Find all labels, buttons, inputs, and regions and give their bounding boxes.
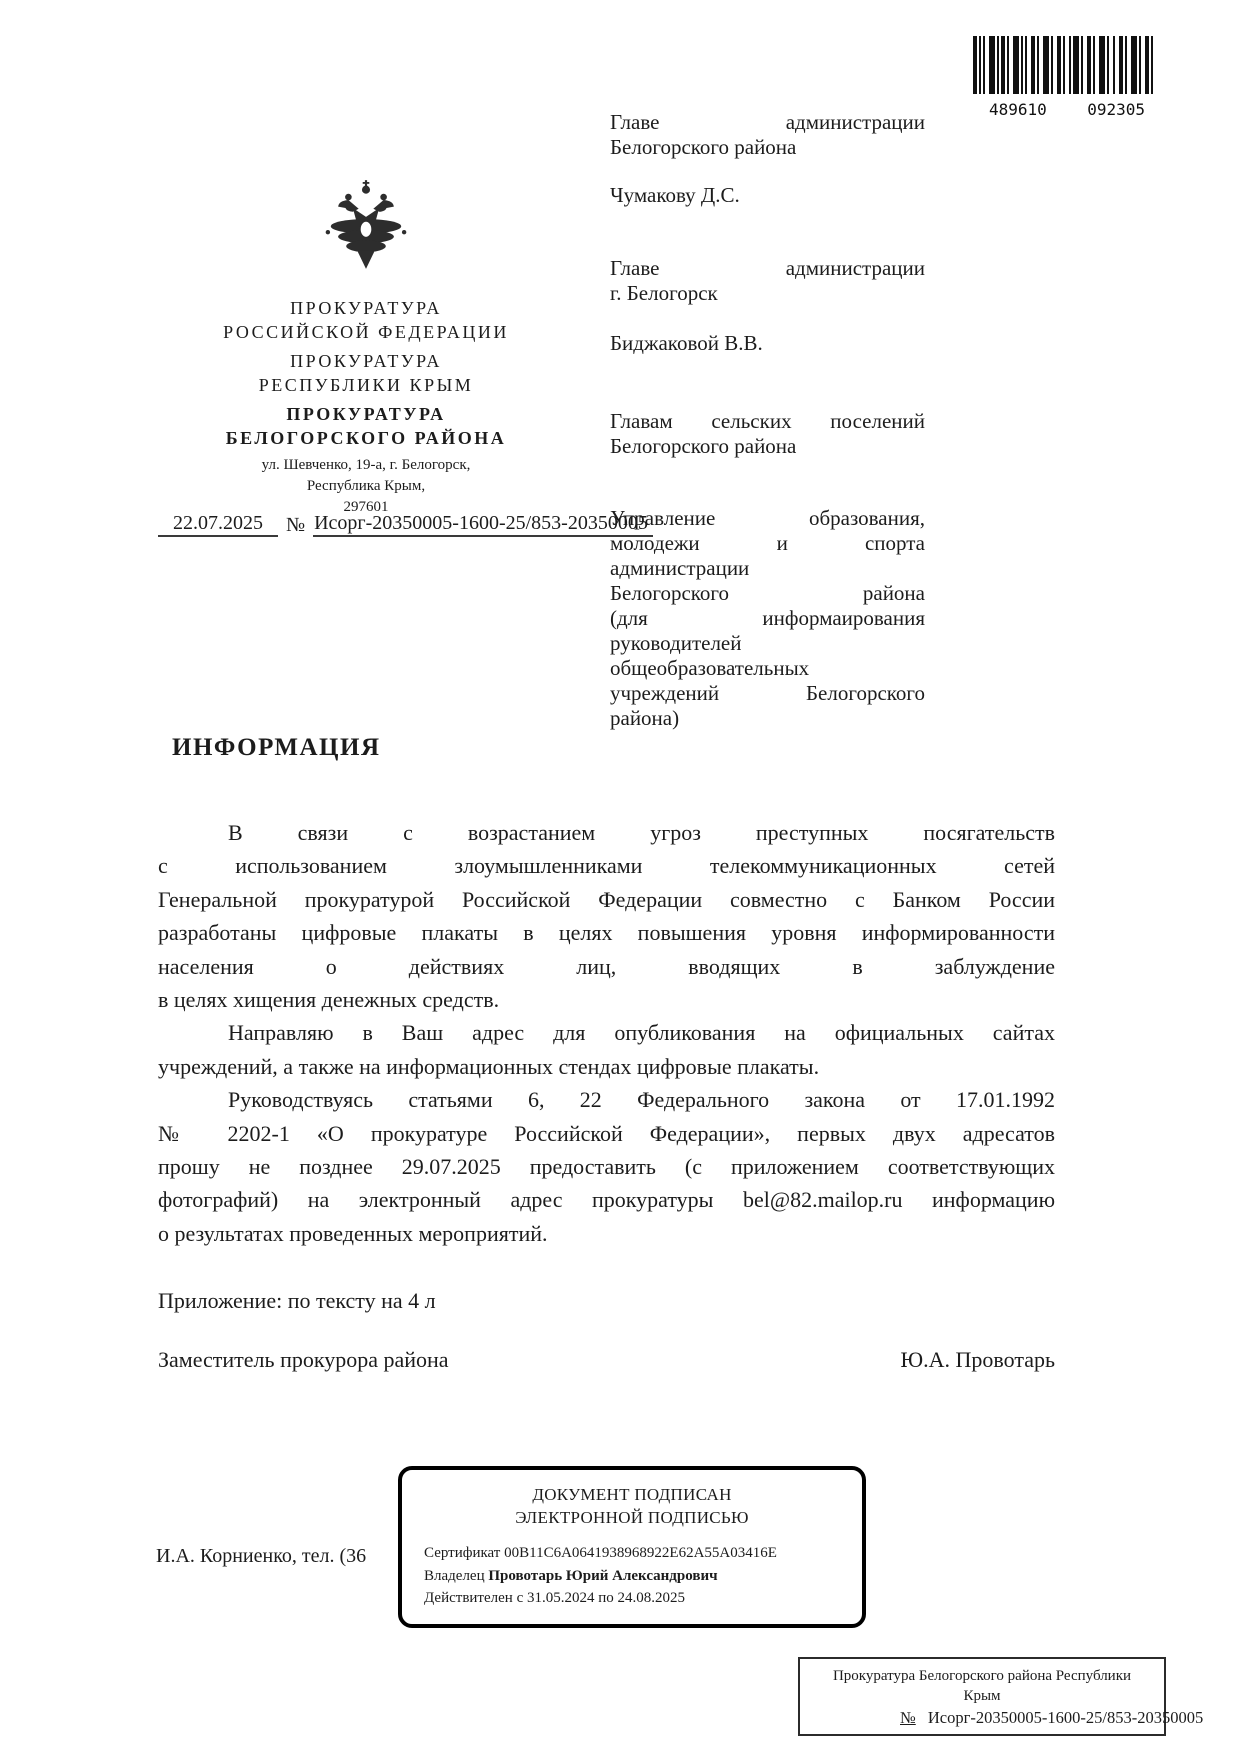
letterhead: ПРОКУРАТУРА РОССИЙСКОЙ ФЕДЕРАЦИИ ПРОКУРА… <box>162 178 570 518</box>
validity-value: с 31.05.2024 по 24.08.2025 <box>517 1590 685 1606</box>
recipient-block-city-head: Главе администрации г. Белогорск <box>610 256 925 306</box>
signature-row: Заместитель прокурора района Ю.А. Провот… <box>158 1347 1055 1373</box>
recipient-line: руководителей <box>610 631 925 656</box>
recipient-line: г. Белогорск <box>610 281 925 306</box>
owner-name: Провотарь Юрий Александрович <box>488 1568 717 1584</box>
body-line: учреждений, а также на информационных ст… <box>158 1050 1055 1083</box>
recipient-line: учреждений Белогорского <box>610 681 925 706</box>
org-line: ПРОКУРАТУРА <box>162 349 570 373</box>
recipient-line: Главам сельских поселений <box>610 409 925 434</box>
e-signature-stamp: ДОКУМЕНТ ПОДПИСАН ЭЛЕКТРОННОЙ ПОДПИСЬЮ С… <box>398 1466 866 1628</box>
org-line: БЕЛОГОРСКОГО РАЙОНА <box>162 426 570 450</box>
registration-org: Прокуратура Белогорского района Республи… <box>800 1666 1164 1706</box>
address-line: Республика Крым, <box>162 476 570 497</box>
recipient-block-bidzhakova: Биджаковой В.В. <box>610 331 925 356</box>
recipient-block-district-head: Главе администрации Белогорского района <box>610 110 925 160</box>
barcode-bars-icon <box>973 36 1155 94</box>
org-district: ПРОКУРАТУРА БЕЛОГОРСКОГО РАЙОНА <box>162 402 570 450</box>
body-line: В связи с возрастанием угроз преступных … <box>158 816 1055 849</box>
registration-stamp: Прокуратура Белогорского района Республи… <box>798 1657 1166 1736</box>
recipient-block-chumakov: Чумакову Д.С. <box>610 183 925 208</box>
org-line: РОССИЙСКОЙ ФЕДЕРАЦИИ <box>162 320 570 344</box>
document-number: Исорг-20350005-1600-25/853-20350005 <box>313 512 653 537</box>
stamp-title-line: ЭЛЕКТРОННОЙ ПОДПИСЬЮ <box>402 1506 862 1529</box>
barcode-digits-left: 489610 <box>989 100 1047 119</box>
signer-name: Ю.А. Провотарь <box>900 1347 1055 1373</box>
registration-number-value: Исорг-20350005-1600-25/853-20350005 <box>928 1708 1203 1727</box>
body-line: разработаны цифровые плакаты в целях пов… <box>158 916 1055 949</box>
recipient-line: Белогорского района <box>610 581 925 606</box>
recipient-line: общеобразовательных <box>610 656 925 681</box>
document-title: ИНФОРМАЦИЯ <box>172 734 381 762</box>
stamp-details: Сертификат 00B11C6A0641938968922E62A55A0… <box>424 1542 862 1610</box>
reference-line: 22.07.2025 № Исорг-20350005-1600-25/853-… <box>158 512 653 537</box>
stamp-certificate: Сертификат 00B11C6A0641938968922E62A55A0… <box>424 1542 862 1565</box>
body-line: прошу не позднее 29.07.2025 предоставить… <box>158 1150 1055 1183</box>
recipient-line: Белогорского района <box>610 135 925 160</box>
body-line: Руководствуясь статьями 6, 22 Федерально… <box>158 1083 1055 1116</box>
recipient-line: Чумакову Д.С. <box>610 183 925 208</box>
recipient-line: Управление образования, <box>610 506 925 531</box>
recipient-line: Главе администрации <box>610 256 925 281</box>
body-line: населения о действиях лиц, вводящих в за… <box>158 950 1055 983</box>
attachment-note: Приложение: по тексту на 4 л <box>158 1288 436 1314</box>
recipient-line: молодежи и спорта <box>610 531 925 556</box>
org-federation: ПРОКУРАТУРА РОССИЙСКОЙ ФЕДЕРАЦИИ <box>162 296 570 344</box>
russia-coat-of-arms-icon <box>322 178 410 274</box>
org-address: ул. Шевченко, 19-а, г. Белогорск, Респуб… <box>162 455 570 518</box>
barcode: 489610 092305 <box>973 36 1155 119</box>
recipient-block-education-dept: Управление образования, молодежи и спорт… <box>610 506 925 731</box>
registration-number: № Исорг-20350005-1600-25/853-20350005 <box>900 1708 1203 1728</box>
org-line: РЕСПУБЛИКИ КРЫМ <box>162 373 570 397</box>
stamp-validity: Действителен с 31.05.2024 по 24.08.2025 <box>424 1587 862 1610</box>
registration-org-line: Крым <box>800 1686 1164 1706</box>
certificate-label: Сертификат <box>424 1545 500 1561</box>
body-text: В связи с возрастанием угроз преступных … <box>158 816 1055 1250</box>
body-line: о результатах проведенных мероприятий. <box>158 1217 1055 1250</box>
org-republic: ПРОКУРАТУРА РЕСПУБЛИКИ КРЫМ <box>162 349 570 397</box>
owner-label: Владелец <box>424 1568 485 1584</box>
body-line: Генеральной прокуратурой Российской Феде… <box>158 883 1055 916</box>
executor-note: И.А. Корниенко, тел. (36 <box>156 1545 366 1568</box>
body-line: в целях хищения денежных средств. <box>158 983 1055 1016</box>
body-line: Направляю в Ваш адрес для опубликования … <box>158 1016 1055 1049</box>
org-line: ПРОКУРАТУРА <box>162 402 570 426</box>
stamp-owner: Владелец Провотарь Юрий Александрович <box>424 1565 862 1588</box>
barcode-digits: 489610 092305 <box>973 100 1155 119</box>
recipient-line: (для информаирования <box>610 606 925 631</box>
recipient-block-village-heads: Главам сельских поселений Белогорского р… <box>610 409 925 459</box>
number-sign: № <box>900 1708 916 1727</box>
number-sign: № <box>286 514 305 537</box>
body-line: с использованием злоумышленниками телеко… <box>158 849 1055 882</box>
recipient-line: Белогорского района <box>610 434 925 459</box>
body-line: фотографий) на электронный адрес прокура… <box>158 1183 1055 1216</box>
certificate-value: 00B11C6A0641938968922E62A55A03416E <box>504 1545 777 1561</box>
stamp-title: ДОКУМЕНТ ПОДПИСАН ЭЛЕКТРОННОЙ ПОДПИСЬЮ <box>402 1483 862 1529</box>
signer-position: Заместитель прокурора района <box>158 1347 449 1373</box>
recipient-line: Главе администрации <box>610 110 925 135</box>
registration-org-line: Прокуратура Белогорского района Республи… <box>800 1666 1164 1686</box>
recipient-line: Биджаковой В.В. <box>610 331 925 356</box>
stamp-title-line: ДОКУМЕНТ ПОДПИСАН <box>402 1483 862 1506</box>
document-date: 22.07.2025 <box>158 512 278 537</box>
org-line: ПРОКУРАТУРА <box>162 296 570 320</box>
recipient-line: администрации <box>610 556 925 581</box>
barcode-digits-right: 092305 <box>1087 100 1145 119</box>
address-line: ул. Шевченко, 19-а, г. Белогорск, <box>162 455 570 476</box>
recipient-line: района) <box>610 706 925 731</box>
validity-label: Действителен <box>424 1590 513 1606</box>
body-line: № 2202-1 «О прокуратуре Российской Федер… <box>158 1117 1055 1150</box>
document-page: 489610 092305 ПРОКУРАТУРА РОССИЙ <box>0 0 1241 1754</box>
